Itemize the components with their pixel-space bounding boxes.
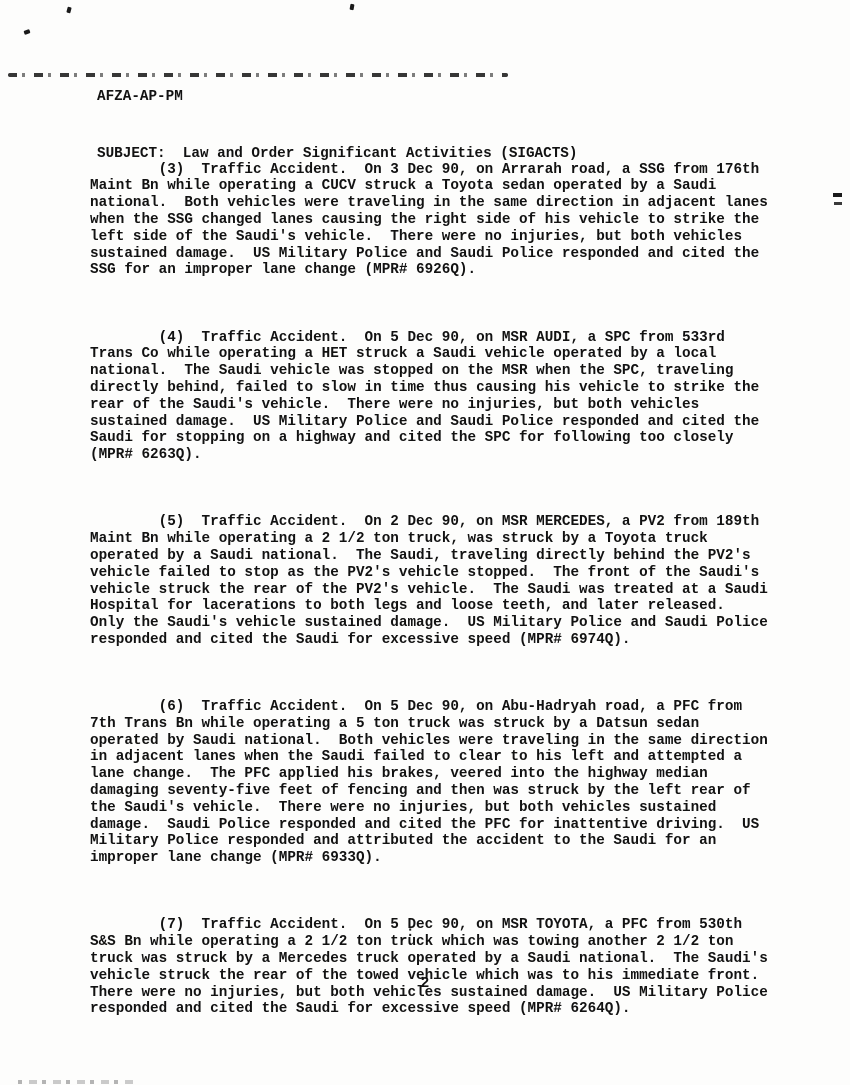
scanned-document-page: AFZA-AP-PM SUBJECT: Law and Order Signif…: [0, 0, 850, 1085]
scan-speck-artifact: [23, 29, 30, 35]
paragraph-6-traffic-accident: (6) Traffic Accident. On 5 Dec 90, on Ab…: [90, 699, 795, 867]
scan-smudge-line-artifact: [8, 73, 508, 77]
scan-speck-artifact: [66, 7, 71, 14]
office-symbol: AFZA-AP-PM: [97, 89, 577, 106]
page-number: 2: [0, 976, 850, 993]
stray-colon-artifact: :: [406, 925, 414, 941]
paragraph-4-traffic-accident: (4) Traffic Accident. On 5 Dec 90, on MS…: [90, 330, 795, 464]
scan-margin-mark-artifact: [833, 193, 842, 197]
paragraph-3-traffic-accident: (3) Traffic Accident. On 3 Dec 90, on Ar…: [90, 162, 795, 280]
scan-speck-artifact: [350, 4, 355, 11]
paragraph-7-traffic-accident: (7) Traffic Accident. On 5 Dec 90, on MS…: [90, 917, 795, 1018]
document-body: (3) Traffic Accident. On 3 Dec 90, on Ar…: [90, 128, 795, 1069]
scan-bottom-smudge-artifact: [18, 1080, 133, 1084]
scan-margin-mark-artifact: [834, 202, 842, 205]
paragraph-5-traffic-accident: (5) Traffic Accident. On 2 Dec 90, on MS…: [90, 514, 795, 648]
